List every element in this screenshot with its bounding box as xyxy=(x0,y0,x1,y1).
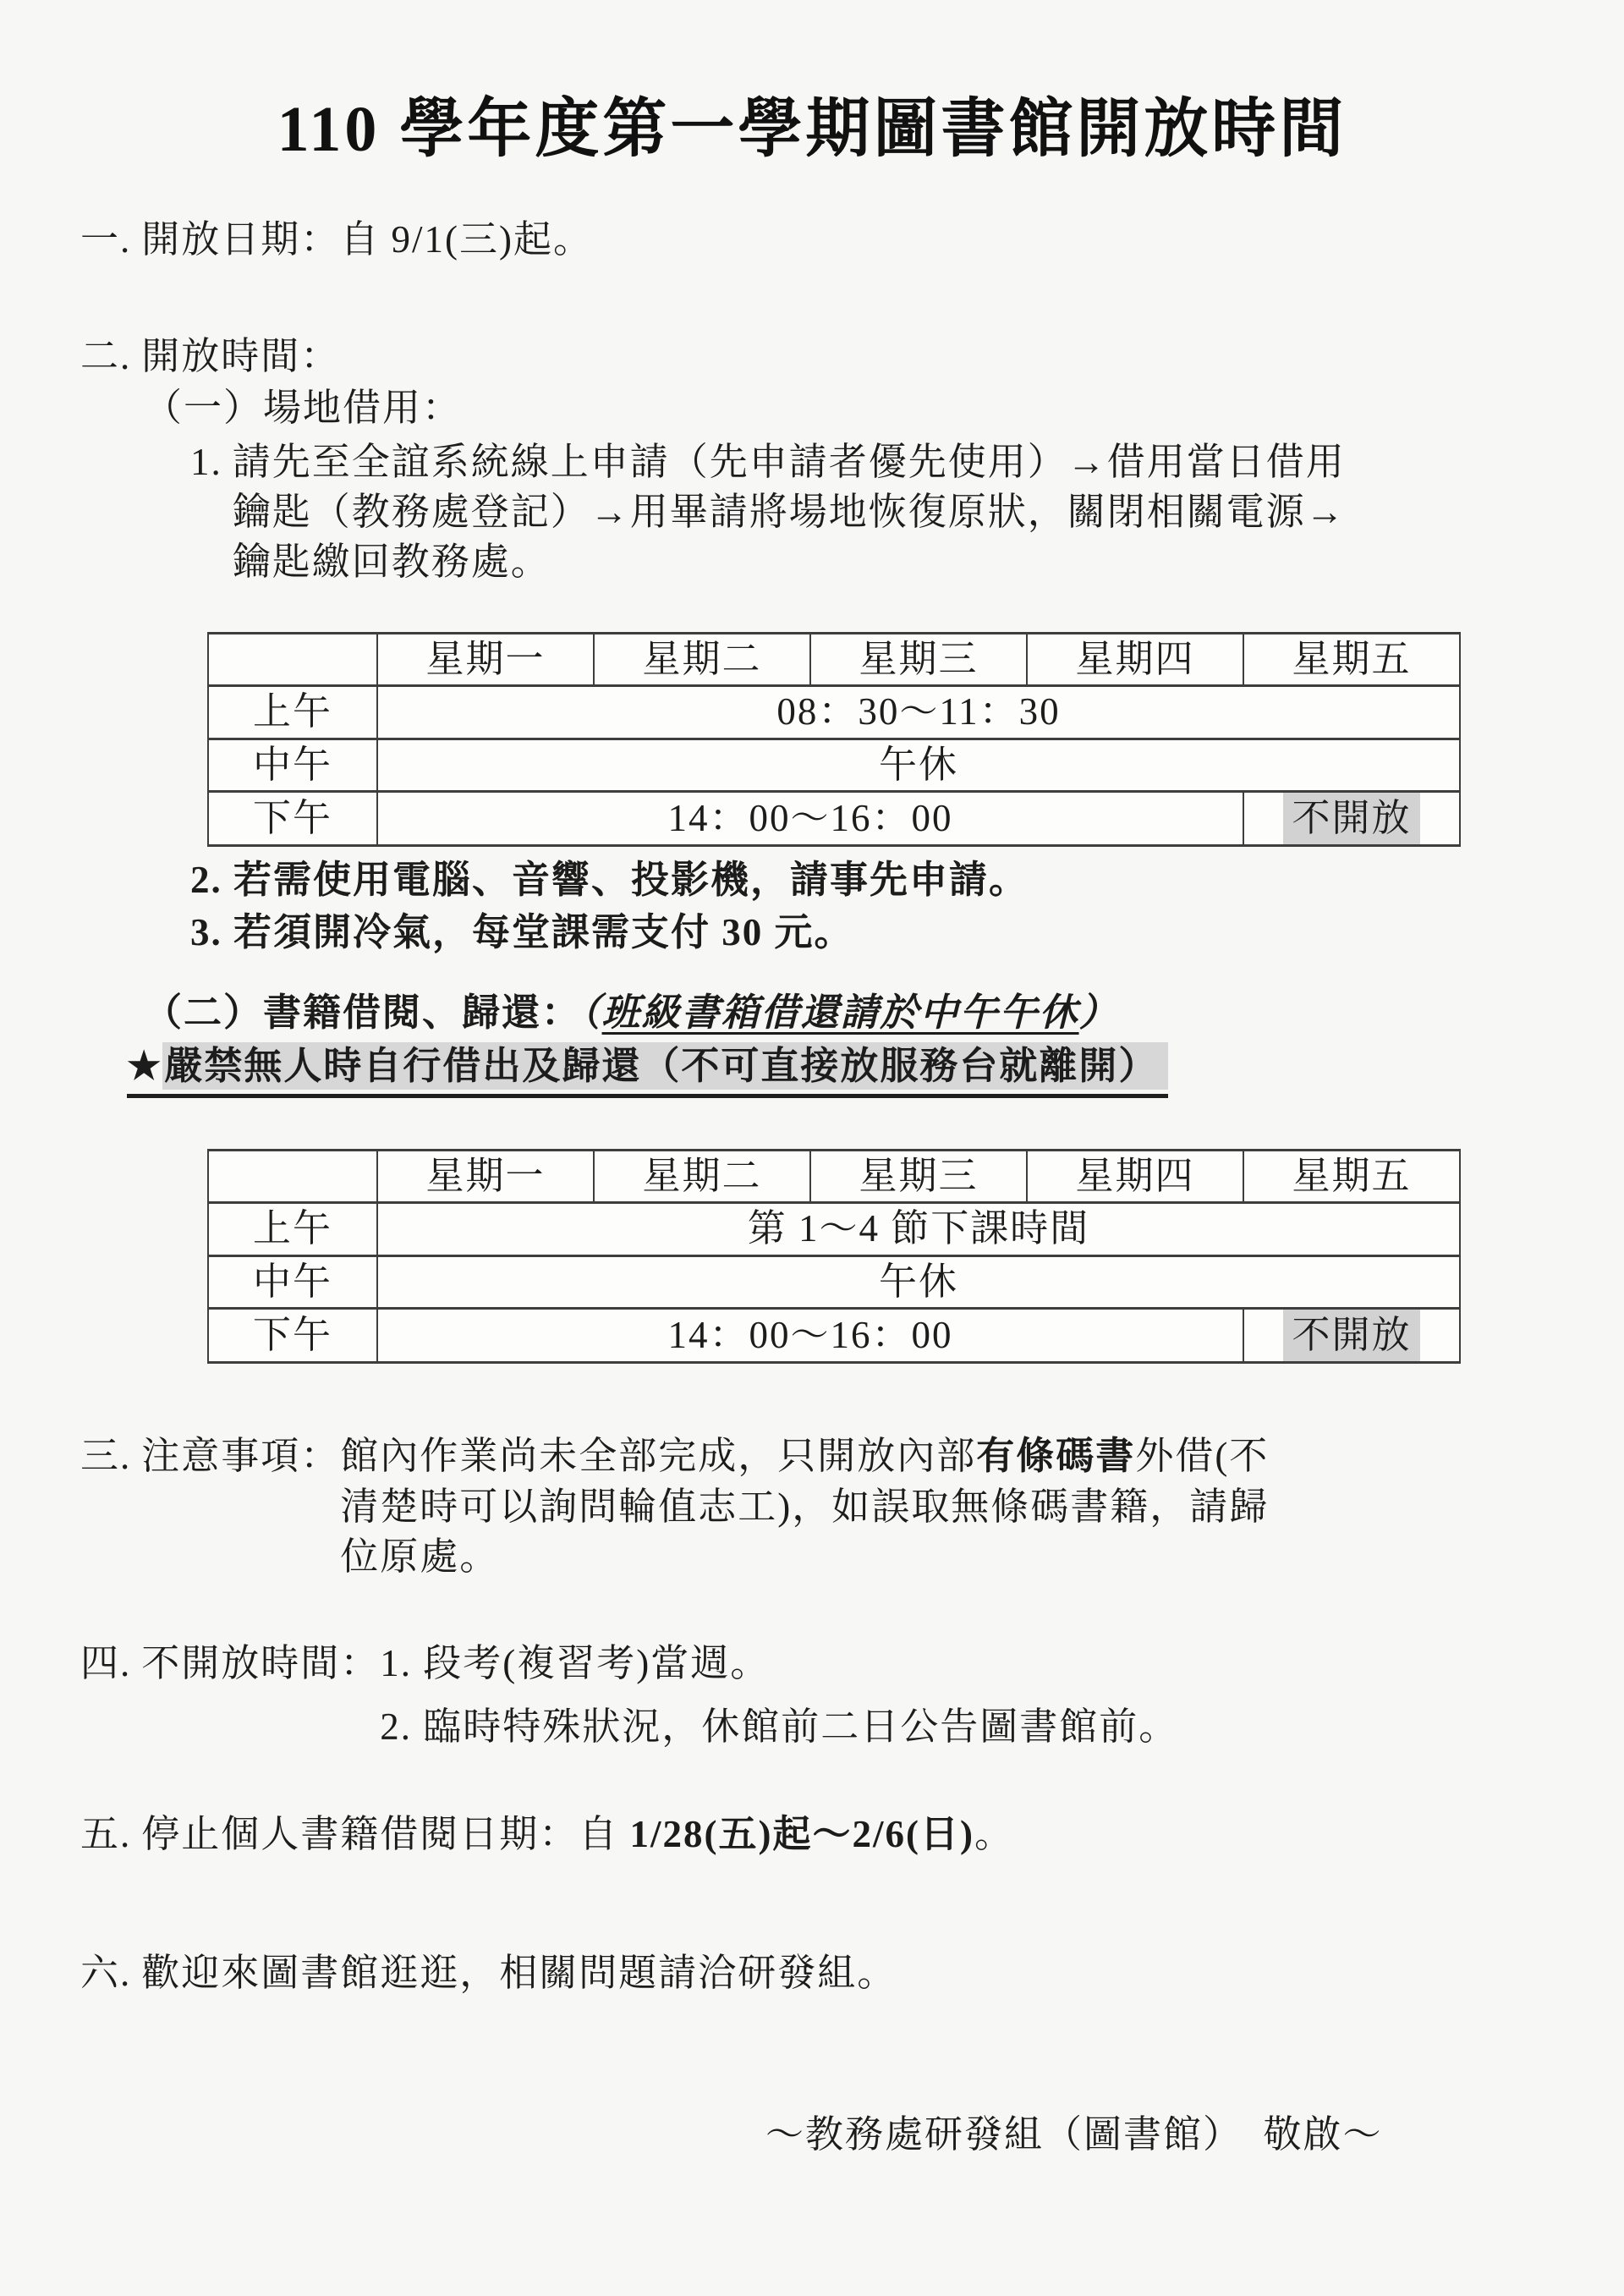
warning-text: 嚴禁無人時自行借出及歸還（不可直接放服務台就離開） xyxy=(162,1042,1168,1090)
venue-schedule-table: 星期一 星期二 星期三 星期四 星期五 上午 08：30～11：30 中午 午休… xyxy=(207,632,1461,848)
row-label-morning: 上午 xyxy=(208,686,377,739)
day-header-thursday: 星期四 xyxy=(1027,1150,1243,1202)
heading-note-open-paren: （ xyxy=(581,991,602,1034)
loan-suspension-dates: 1/28(五)起～2/6(日) xyxy=(630,1813,974,1855)
table-row-noon: 中午 午休 xyxy=(208,1255,1460,1308)
section-loan-suspension: 五. 停止個人書籍借閱日期：自 1/28(五)起～2/6(日)。 xyxy=(80,1810,1544,1859)
point-1-line: 請先至全誼系統線上申請（先申請者優先使用）→借用當日借用 xyxy=(233,437,1346,487)
warning-underline-wrap: ★嚴禁無人時自行借出及歸還（不可直接放服務台就離開） xyxy=(127,1041,1168,1097)
point-1-body: 請先至全誼系統線上申請（先申請者優先使用）→借用當日借用 鑰匙（教務處登記）→用… xyxy=(233,437,1346,588)
table-row-morning: 上午 08：30～11：30 xyxy=(208,686,1460,739)
venue-rental-point-3: 3. 若須開冷氣，每堂課需支付 30 元。 xyxy=(190,908,1544,958)
venue-friday-closed-cell: 不開放 xyxy=(1243,791,1460,845)
section-5-number: 五. xyxy=(80,1810,131,1859)
row-label-afternoon: 下午 xyxy=(208,1309,377,1363)
section-notes: 三. 注意事項： 館內作業尚未全部完成，只開放內部有條碼書外借(不 清楚時可以詢… xyxy=(80,1431,1544,1582)
section-5-text: 停止個人書籍借閱日期：自 1/28(五)起～2/6(日)。 xyxy=(141,1810,1014,1859)
section-6-text: 歡迎來圖書館逛逛，相關問題請洽研發組。 xyxy=(141,1948,897,1998)
section-4-body: 1. 段考(複習考)當週。 2. 臨時特殊狀況，休館前二日公告圖書館前。 xyxy=(380,1639,1178,1753)
row-label-noon: 中午 xyxy=(208,1255,377,1308)
row-label-noon: 中午 xyxy=(208,739,377,791)
section-6-number: 六. xyxy=(80,1948,131,1998)
loan-suspension-post: 。 xyxy=(974,1813,1014,1855)
table-row-noon: 中午 午休 xyxy=(208,739,1460,791)
section-4-heading: 不開放時間： xyxy=(141,1639,380,1689)
section-2-number: 二. xyxy=(80,332,131,382)
point-1-line: 鑰匙繳回教務處。 xyxy=(233,537,1346,587)
row-label-morning: 上午 xyxy=(208,1203,377,1255)
no-self-checkout-warning: ★嚴禁無人時自行借出及歸還（不可直接放服務台就離開） xyxy=(127,1041,1544,1097)
day-header-tuesday: 星期二 xyxy=(594,633,810,685)
venue-morning-hours-cell: 08：30～11：30 xyxy=(377,686,1460,739)
books-noon-cell: 午休 xyxy=(377,1255,1460,1308)
table-header-row: 星期一 星期二 星期三 星期四 星期五 xyxy=(208,633,1460,685)
section-3-line-2: 清楚時可以詢問輪值志工)，如誤取無條碼書籍，請歸 xyxy=(340,1482,1269,1532)
row-label-afternoon: 下午 xyxy=(208,791,377,845)
signature-line: ～教務處研發組（圖書館） 敬啟～ xyxy=(765,2110,1544,2160)
day-header-friday: 星期五 xyxy=(1243,633,1460,685)
section-4-number: 四. xyxy=(80,1639,131,1689)
section-2-text: 開放時間： xyxy=(141,332,340,382)
venue-noon-cell: 午休 xyxy=(377,739,1460,791)
table-row-morning: 上午 第 1～4 節下課時間 xyxy=(208,1203,1460,1255)
section-closed-times: 四. 不開放時間： 1. 段考(複習考)當週。 2. 臨時特殊狀況，休館前二日公… xyxy=(80,1639,1544,1753)
closed-times-point-1: 1. 段考(複習考)當週。 xyxy=(380,1639,1178,1689)
loan-suspension-pre: 停止個人書籍借閱日期：自 xyxy=(141,1813,629,1855)
empty-corner-cell xyxy=(208,633,377,685)
day-header-thursday: 星期四 xyxy=(1027,633,1243,685)
notes-text-pre: 館內作業尚未全部完成，只開放內部 xyxy=(340,1435,976,1477)
day-header-tuesday: 星期二 xyxy=(594,1150,810,1202)
venue-rental-point-1: 1. 請先至全誼系統線上申請（先申請者優先使用）→借用當日借用 鑰匙（教務處登記… xyxy=(190,437,1544,588)
section-open-date: 一. 開放日期：自 9/1(三)起。 xyxy=(80,215,1544,265)
point-1-number: 1. xyxy=(190,437,222,487)
notes-text-post: 外借(不 xyxy=(1135,1435,1269,1477)
page-title: 110 學年度第一學期圖書館開放時間 xyxy=(80,0,1544,174)
day-header-wednesday: 星期三 xyxy=(810,633,1027,685)
section-1-text: 開放日期：自 9/1(三)起。 xyxy=(141,215,593,265)
section-3-heading: 注意事項： xyxy=(141,1431,340,1481)
star-icon: ★ xyxy=(127,1045,162,1087)
section-3-line-3: 位原處。 xyxy=(340,1532,1269,1582)
day-header-friday: 星期五 xyxy=(1243,1150,1460,1202)
heading-note-close-paren: ） xyxy=(1079,991,1119,1034)
heading-note-text: 班級書箱借還請於中午午休 xyxy=(602,991,1079,1034)
books-morning-cell: 第 1～4 節下課時間 xyxy=(377,1203,1460,1255)
closed-badge: 不開放 xyxy=(1283,793,1419,844)
section-3-number: 三. xyxy=(80,1431,131,1481)
section-3-line-1: 館內作業尚未全部完成，只開放內部有條碼書外借(不 xyxy=(340,1431,1269,1481)
books-schedule-table: 星期一 星期二 星期三 星期四 星期五 上午 第 1～4 節下課時間 中午 午休… xyxy=(207,1149,1461,1365)
section-welcome: 六. 歡迎來圖書館逛逛，相關問題請洽研發組。 xyxy=(80,1948,1544,1998)
table-row-afternoon: 下午 14：00～16：00 不開放 xyxy=(208,1309,1460,1363)
venue-rental-point-2: 2. 若需使用電腦、音響、投影機，請事先申請。 xyxy=(190,855,1544,905)
book-borrowing-heading: （二）書籍借閱、歸還：（班級書箱借還請於中午午休） xyxy=(144,988,1544,1038)
section-3-body: 館內作業尚未全部完成，只開放內部有條碼書外借(不 清楚時可以詢問輪值志工)，如誤… xyxy=(340,1431,1269,1582)
day-header-monday: 星期一 xyxy=(377,1150,594,1202)
section-open-hours: 二. 開放時間： xyxy=(80,332,1544,382)
venue-afternoon-hours-cell: 14：00～16：00 xyxy=(377,791,1243,845)
table-row-afternoon: 下午 14：00～16：00 不開放 xyxy=(208,791,1460,845)
day-header-monday: 星期一 xyxy=(377,633,594,685)
books-friday-closed-cell: 不開放 xyxy=(1243,1309,1460,1363)
table-header-row: 星期一 星期二 星期三 星期四 星期五 xyxy=(208,1150,1460,1202)
book-borrowing-heading-text: （二）書籍借閱、歸還： xyxy=(144,991,581,1034)
day-header-wednesday: 星期三 xyxy=(810,1150,1027,1202)
empty-corner-cell xyxy=(208,1150,377,1202)
notes-text-bold: 有條碼書 xyxy=(976,1435,1135,1477)
closed-times-point-2: 2. 臨時特殊狀況，休館前二日公告圖書館前。 xyxy=(380,1702,1178,1752)
section-1-number: 一. xyxy=(80,215,131,265)
document-page: 110 學年度第一學期圖書館開放時間 一. 開放日期：自 9/1(三)起。 二.… xyxy=(0,0,1624,2161)
venue-rental-heading: （一）場地借用： xyxy=(144,383,1544,433)
books-afternoon-hours-cell: 14：00～16：00 xyxy=(377,1309,1243,1363)
point-1-line: 鑰匙（教務處登記）→用畢請將場地恢復原狀，關閉相關電源→ xyxy=(233,487,1346,537)
closed-badge: 不開放 xyxy=(1283,1310,1419,1361)
